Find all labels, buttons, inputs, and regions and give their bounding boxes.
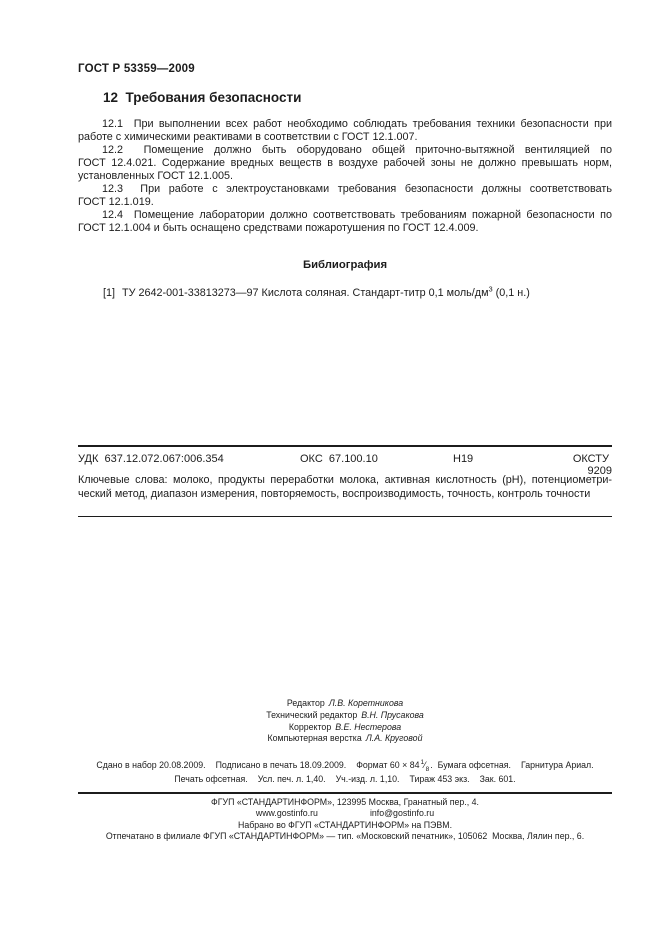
credit-role: Технический редактор bbox=[266, 710, 357, 720]
one-eighth-fraction: 1⁄8 bbox=[420, 760, 429, 770]
publisher-website: www.gostinfo.ru bbox=[256, 808, 318, 818]
credit-row: РедакторЛ.В. Коретникова bbox=[78, 698, 612, 710]
paragraph-line: 12.2 Помещение должно быть оборудовано о… bbox=[78, 144, 612, 157]
safety-requirements-section: 12.1 При выполнении всех работ необходим… bbox=[78, 118, 612, 235]
credit-name: Л.А. Круговой bbox=[366, 733, 423, 743]
credit-row: Технический редакторВ.Н. Прусакова bbox=[78, 710, 612, 722]
imprint-block: Сдано в набор 20.08.2009.Подписано в печ… bbox=[78, 758, 612, 786]
imprint-segment: Гарнитура Ариал. bbox=[521, 760, 594, 770]
document-page: ГОСТ Р 53359—2009 12 Требования безопасн… bbox=[0, 0, 661, 936]
reference-text-tail: (0,1 н.) bbox=[493, 287, 530, 299]
credit-name: Л.В. Коретникова bbox=[329, 698, 403, 708]
credit-role: Редактор bbox=[287, 698, 325, 708]
horizontal-rule-middle bbox=[78, 516, 612, 517]
imprint-segment: Тираж 453 экз. bbox=[410, 774, 470, 784]
credit-role: Корректор bbox=[289, 722, 331, 732]
imprint-segment: Формат 60 × 84 bbox=[356, 760, 419, 770]
imprint-segment: Зак. 601. bbox=[480, 774, 516, 784]
publisher-typeset-note: Набрано во ФГУП «СТАНДАРТИНФОРМ» на ПЭВМ… bbox=[78, 820, 612, 831]
paragraph-line: ГОСТ 12.1.019. bbox=[78, 196, 612, 209]
paragraph-line: 12.3 При работе с электроустановками тре… bbox=[78, 183, 612, 196]
publisher-contacts: www.gostinfo.ruinfo@gostinfo.ru bbox=[78, 808, 612, 819]
imprint-line-1: Сдано в набор 20.08.2009.Подписано в печ… bbox=[78, 758, 612, 772]
credit-row: КорректорВ.Е. Нестерова bbox=[78, 722, 612, 734]
imprint-segment: Подписано в печать 18.09.2009. bbox=[216, 760, 347, 770]
running-header: ГОСТ Р 53359—2009 bbox=[78, 63, 195, 75]
bibliography-heading: Библиография bbox=[78, 259, 612, 271]
credit-row: Компьютерная версткаЛ.А. Круговой bbox=[78, 733, 612, 745]
imprint-period: . bbox=[430, 760, 432, 770]
keywords-line: Ключевые слова: молоко, продукты перераб… bbox=[78, 474, 612, 488]
credit-role: Компьютерная верстка bbox=[268, 733, 362, 743]
reference-number: [1] bbox=[103, 287, 115, 299]
paragraph-line: 12.1 При выполнении всех работ необходим… bbox=[78, 118, 612, 131]
bibliography-entry: [1]ТУ 2642-001-33813273—97 Кислота солян… bbox=[103, 287, 530, 299]
keywords-paragraph: Ключевые слова: молоко, продукты перераб… bbox=[78, 474, 612, 502]
keywords-line: ческий метод, диапазон измерения, повтор… bbox=[78, 488, 612, 502]
horizontal-rule-top bbox=[78, 445, 612, 447]
credit-name: В.Е. Нестерова bbox=[335, 722, 401, 732]
credit-name: В.Н. Прусакова bbox=[361, 710, 424, 720]
publisher-block: ФГУП «СТАНДАРТИНФОРМ», 123995 Москва, Гр… bbox=[78, 797, 612, 843]
paragraph-line: установленных ГОСТ 12.1.005. bbox=[78, 170, 612, 183]
paragraph-line: ГОСТ 12.1.004 и быть оснащено средствами… bbox=[78, 222, 612, 235]
imprint-line-2: Печать офсетная.Усл. печ. л. 1,40.Уч.-из… bbox=[78, 772, 612, 786]
publisher-address: ФГУП «СТАНДАРТИНФОРМ», 123995 Москва, Гр… bbox=[78, 797, 612, 808]
imprint-segment: Сдано в набор 20.08.2009. bbox=[96, 760, 205, 770]
imprint-segment: Печать офсетная. bbox=[174, 774, 247, 784]
publisher-email: info@gostinfo.ru bbox=[370, 808, 434, 818]
paragraph-line: 12.4 Помещение лаборатории должно соотве… bbox=[78, 209, 612, 222]
horizontal-rule-bottom bbox=[78, 792, 612, 794]
paragraph-line: работе с химическими реактивами в соотве… bbox=[78, 131, 612, 144]
imprint-segment: Усл. печ. л. 1,40. bbox=[258, 774, 326, 784]
imprint-segment: Бумага офсетная. bbox=[438, 760, 511, 770]
section-heading: 12 Требования безопасности bbox=[103, 90, 301, 105]
paragraph-line: ГОСТ 12.4.021. Содержание вредных вещест… bbox=[78, 157, 612, 170]
imprint-segment: Уч.-изд. л. 1,10. bbox=[336, 774, 400, 784]
editorial-credits: РедакторЛ.В. Коретникова Технический ред… bbox=[78, 698, 612, 745]
publisher-printed-note: Отпечатано в филиале ФГУП «СТАНДАРТИНФОР… bbox=[78, 831, 612, 842]
reference-text: ТУ 2642-001-33813273—97 Кислота соляная.… bbox=[122, 287, 488, 299]
